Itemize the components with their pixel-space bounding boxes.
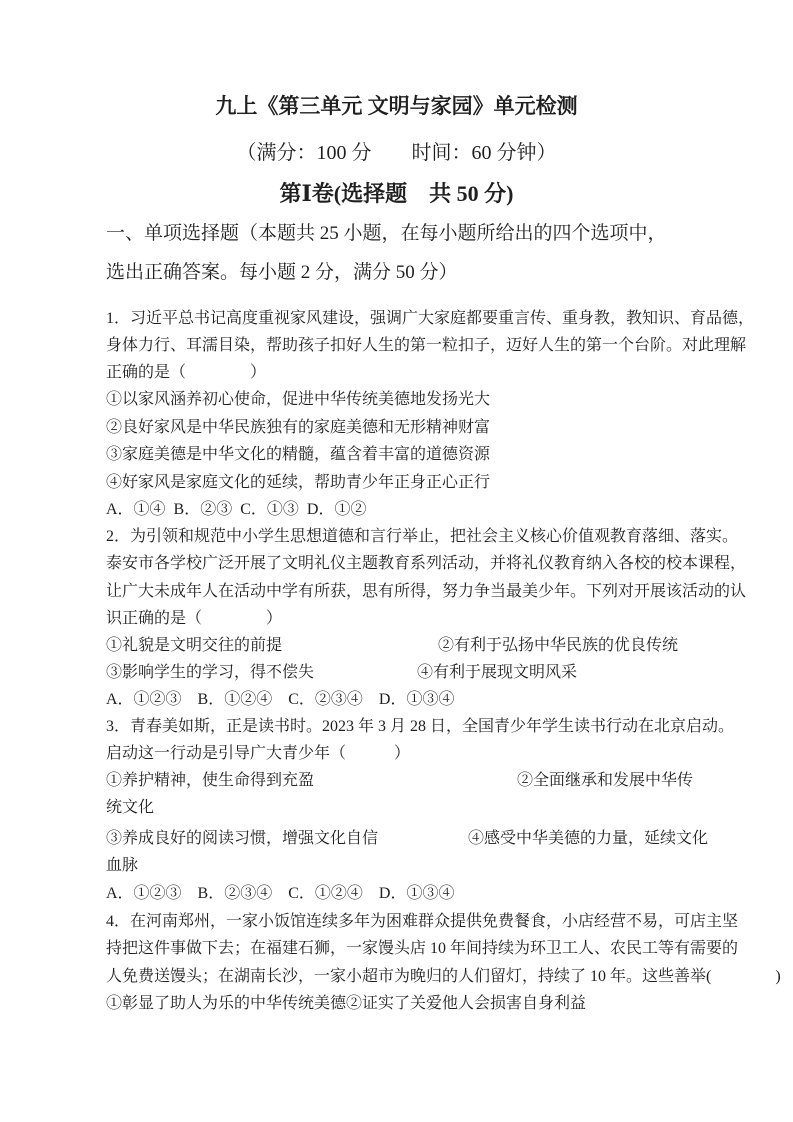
question-3-line: 统文化 (0, 794, 793, 821)
score-time-subtitle: （满分：100 分 时间：60 分钟） (0, 136, 793, 165)
text-segment: ①以家风涵养初心使命，促进中华传统美德地发扬光大 (106, 386, 490, 409)
text-segment: 3．青春美如斯，正是读书时。2023 年 3 月 28 日，全国青少年学生读书行… (106, 713, 734, 736)
question-2-line: 让广大未成年人在活动中学有所获，思有所得，努力争当最美少年。下列对开展该活动的认 (0, 578, 793, 605)
text-segment: ②有利于弘扬中华民族的优良传统 (438, 632, 678, 655)
question-1-line: ①以家风涵养初心使命，促进中华传统美德地发扬光大 (0, 386, 793, 413)
text-segment: 正确的是（ ） (106, 359, 266, 382)
text-segment: 1．习近平总书记高度重视家风建设，强调广大家庭都要重言传、重身教，教知识、育品德… (106, 305, 754, 328)
question-1-line: 1．习近平总书记高度重视家风建设，强调广大家庭都要重言传、重身教，教知识、育品德… (0, 305, 793, 332)
question-1-line: 正确的是（ ） (0, 359, 793, 386)
question-1-line: ②良好家风是中华民族独有的家庭美德和无形精神财富 (0, 414, 793, 441)
text-segment: ③养成良好的阅读习惯，增强文化自信 (106, 825, 378, 848)
text-segment: 血脉 (106, 852, 138, 875)
section-intro-line: 一、单项选择题（本题共 25 小题，在每小题所给出的四个选项中， (106, 218, 667, 245)
text-segment: ①彰显了助人为乐的中华传统美德②证实了关爱他人会损害自身利益 (106, 990, 586, 1013)
text-segment: 泰安市各学校广泛开展了文明礼仪主题教育系列活动，并将礼仪教育纳入各校的校本课程， (106, 550, 746, 573)
exam-document-page: 九上《第三单元 文明与家园》单元检测 （满分：100 分 时间：60 分钟） 第… (0, 0, 793, 1122)
text-segment: ③影响学生的学习，得不偿失 (106, 659, 314, 682)
question-3-line: ③养成良好的阅读习惯，增强文化自信④感受中华美德的力量，延续文化 (0, 825, 793, 852)
question-1-line: ④好家风是家庭文化的延续，帮助青少年正身正心正行 (0, 469, 793, 496)
question-2-line: 2．为引领和规范中小学生思想道德和言行举止，把社会主义核心价值观教育落细、落实。 (0, 523, 793, 550)
question-2-line: 泰安市各学校广泛开展了文明礼仪主题教育系列活动，并将礼仪教育纳入各校的校本课程， (0, 550, 793, 577)
question-4-line: 持把这件事做下去；在福建石狮，一家馒头店 10 年间持续为环卫工人、农民工等有需… (0, 935, 793, 962)
text-segment: A．①②③ B．①②④ C．②③④ D．①③④ (106, 686, 454, 709)
question-3-line: A．①②③ B．②③④ C．①②④ D．①③④ (0, 880, 793, 907)
question-4-line: 4．在河南郑州，一家小饭馆连续多年为困难群众提供免费餐食，小店经营不易，可店主坚 (0, 908, 793, 935)
text-segment: 持把这件事做下去；在福建石狮，一家馒头店 10 年间持续为环卫工人、农民工等有需… (106, 935, 738, 958)
text-segment: 身体力行、耳濡目染，帮助孩子扣好人生的第一粒扣子，迈好人生的第一个台阶。对此理解 (106, 332, 746, 355)
text-segment: 统文化 (106, 794, 154, 817)
text-segment: 让广大未成年人在活动中学有所获，思有所得，努力争当最美少年。下列对开展该活动的认 (106, 578, 746, 601)
text-segment: ③家庭美德是中华文化的精髓，蕴含着丰富的道德资源 (106, 441, 490, 464)
question-2-line: A．①②③ B．①②④ C．②③④ D．①③④ (0, 686, 793, 713)
question-4-line: 人免费送馒头；在湖南长沙，一家小超市为晚归的人们留灯，持续了 10 年。这些善举… (0, 963, 793, 990)
question-1-line: ③家庭美德是中华文化的精髓，蕴含着丰富的道德资源 (0, 441, 793, 468)
part-one-heading: 第Ⅰ卷(选择题 共 50 分) (0, 177, 793, 208)
text-segment: ④有利于展现文明风采 (417, 659, 577, 682)
text-segment: ④感受中华美德的力量，延续文化 (468, 825, 708, 848)
text-segment: ④好家风是家庭文化的延续，帮助青少年正身正心正行 (106, 469, 490, 492)
section-intro-line: 选出正确答案。每小题 2 分，满分 50 分） (106, 257, 458, 284)
question-3-line: 3．青春美如斯，正是读书时。2023 年 3 月 28 日，全国青少年学生读书行… (0, 713, 793, 740)
question-2-line: ③影响学生的学习，得不偿失④有利于展现文明风采 (0, 659, 793, 686)
question-2-line: 识正确的是（ ） (0, 605, 793, 632)
question-2-line: ①礼貌是文明交往的前提②有利于弘扬中华民族的优良传统 (0, 632, 793, 659)
text-segment: 识正确的是（ ） (106, 605, 282, 628)
question-3-line: ①养护精神，使生命得到充盈②全面继承和发展中华传 (0, 767, 793, 794)
text-segment: 人免费送馒头；在湖南长沙，一家小超市为晚归的人们留灯，持续了 10 年。这些善举… (106, 963, 781, 986)
text-segment: 4．在河南郑州，一家小饭馆连续多年为困难群众提供免费餐食，小店经营不易，可店主坚 (106, 908, 738, 931)
question-3-line: 血脉 (0, 852, 793, 879)
text-segment: 启动这一行动是引导广大青少年（ ） (106, 740, 410, 763)
text-segment: A．①④ B．②③ C．①③ D．①② (106, 496, 366, 519)
question-4-line: ①彰显了助人为乐的中华传统美德②证实了关爱他人会损害自身利益 (0, 990, 793, 1017)
text-segment: ②良好家风是中华民族独有的家庭美德和无形精神财富 (106, 414, 490, 437)
text-segment: A．①②③ B．②③④ C．①②④ D．①③④ (106, 880, 454, 903)
text-segment: 2．为引领和规范中小学生思想道德和言行举止，把社会主义核心价值观教育落细、落实。 (106, 523, 738, 546)
question-1-line: A．①④ B．②③ C．①③ D．①② (0, 496, 793, 523)
question-1-line: 身体力行、耳濡目染，帮助孩子扣好人生的第一粒扣子，迈好人生的第一个台阶。对此理解 (0, 332, 793, 359)
text-segment: ①养护精神，使生命得到充盈 (106, 767, 314, 790)
text-segment: ②全面继承和发展中华传 (517, 767, 693, 790)
document-title: 九上《第三单元 文明与家园》单元检测 (0, 90, 793, 120)
text-segment: ①礼貌是文明交往的前提 (106, 632, 282, 655)
question-3-line: 启动这一行动是引导广大青少年（ ） (0, 740, 793, 767)
